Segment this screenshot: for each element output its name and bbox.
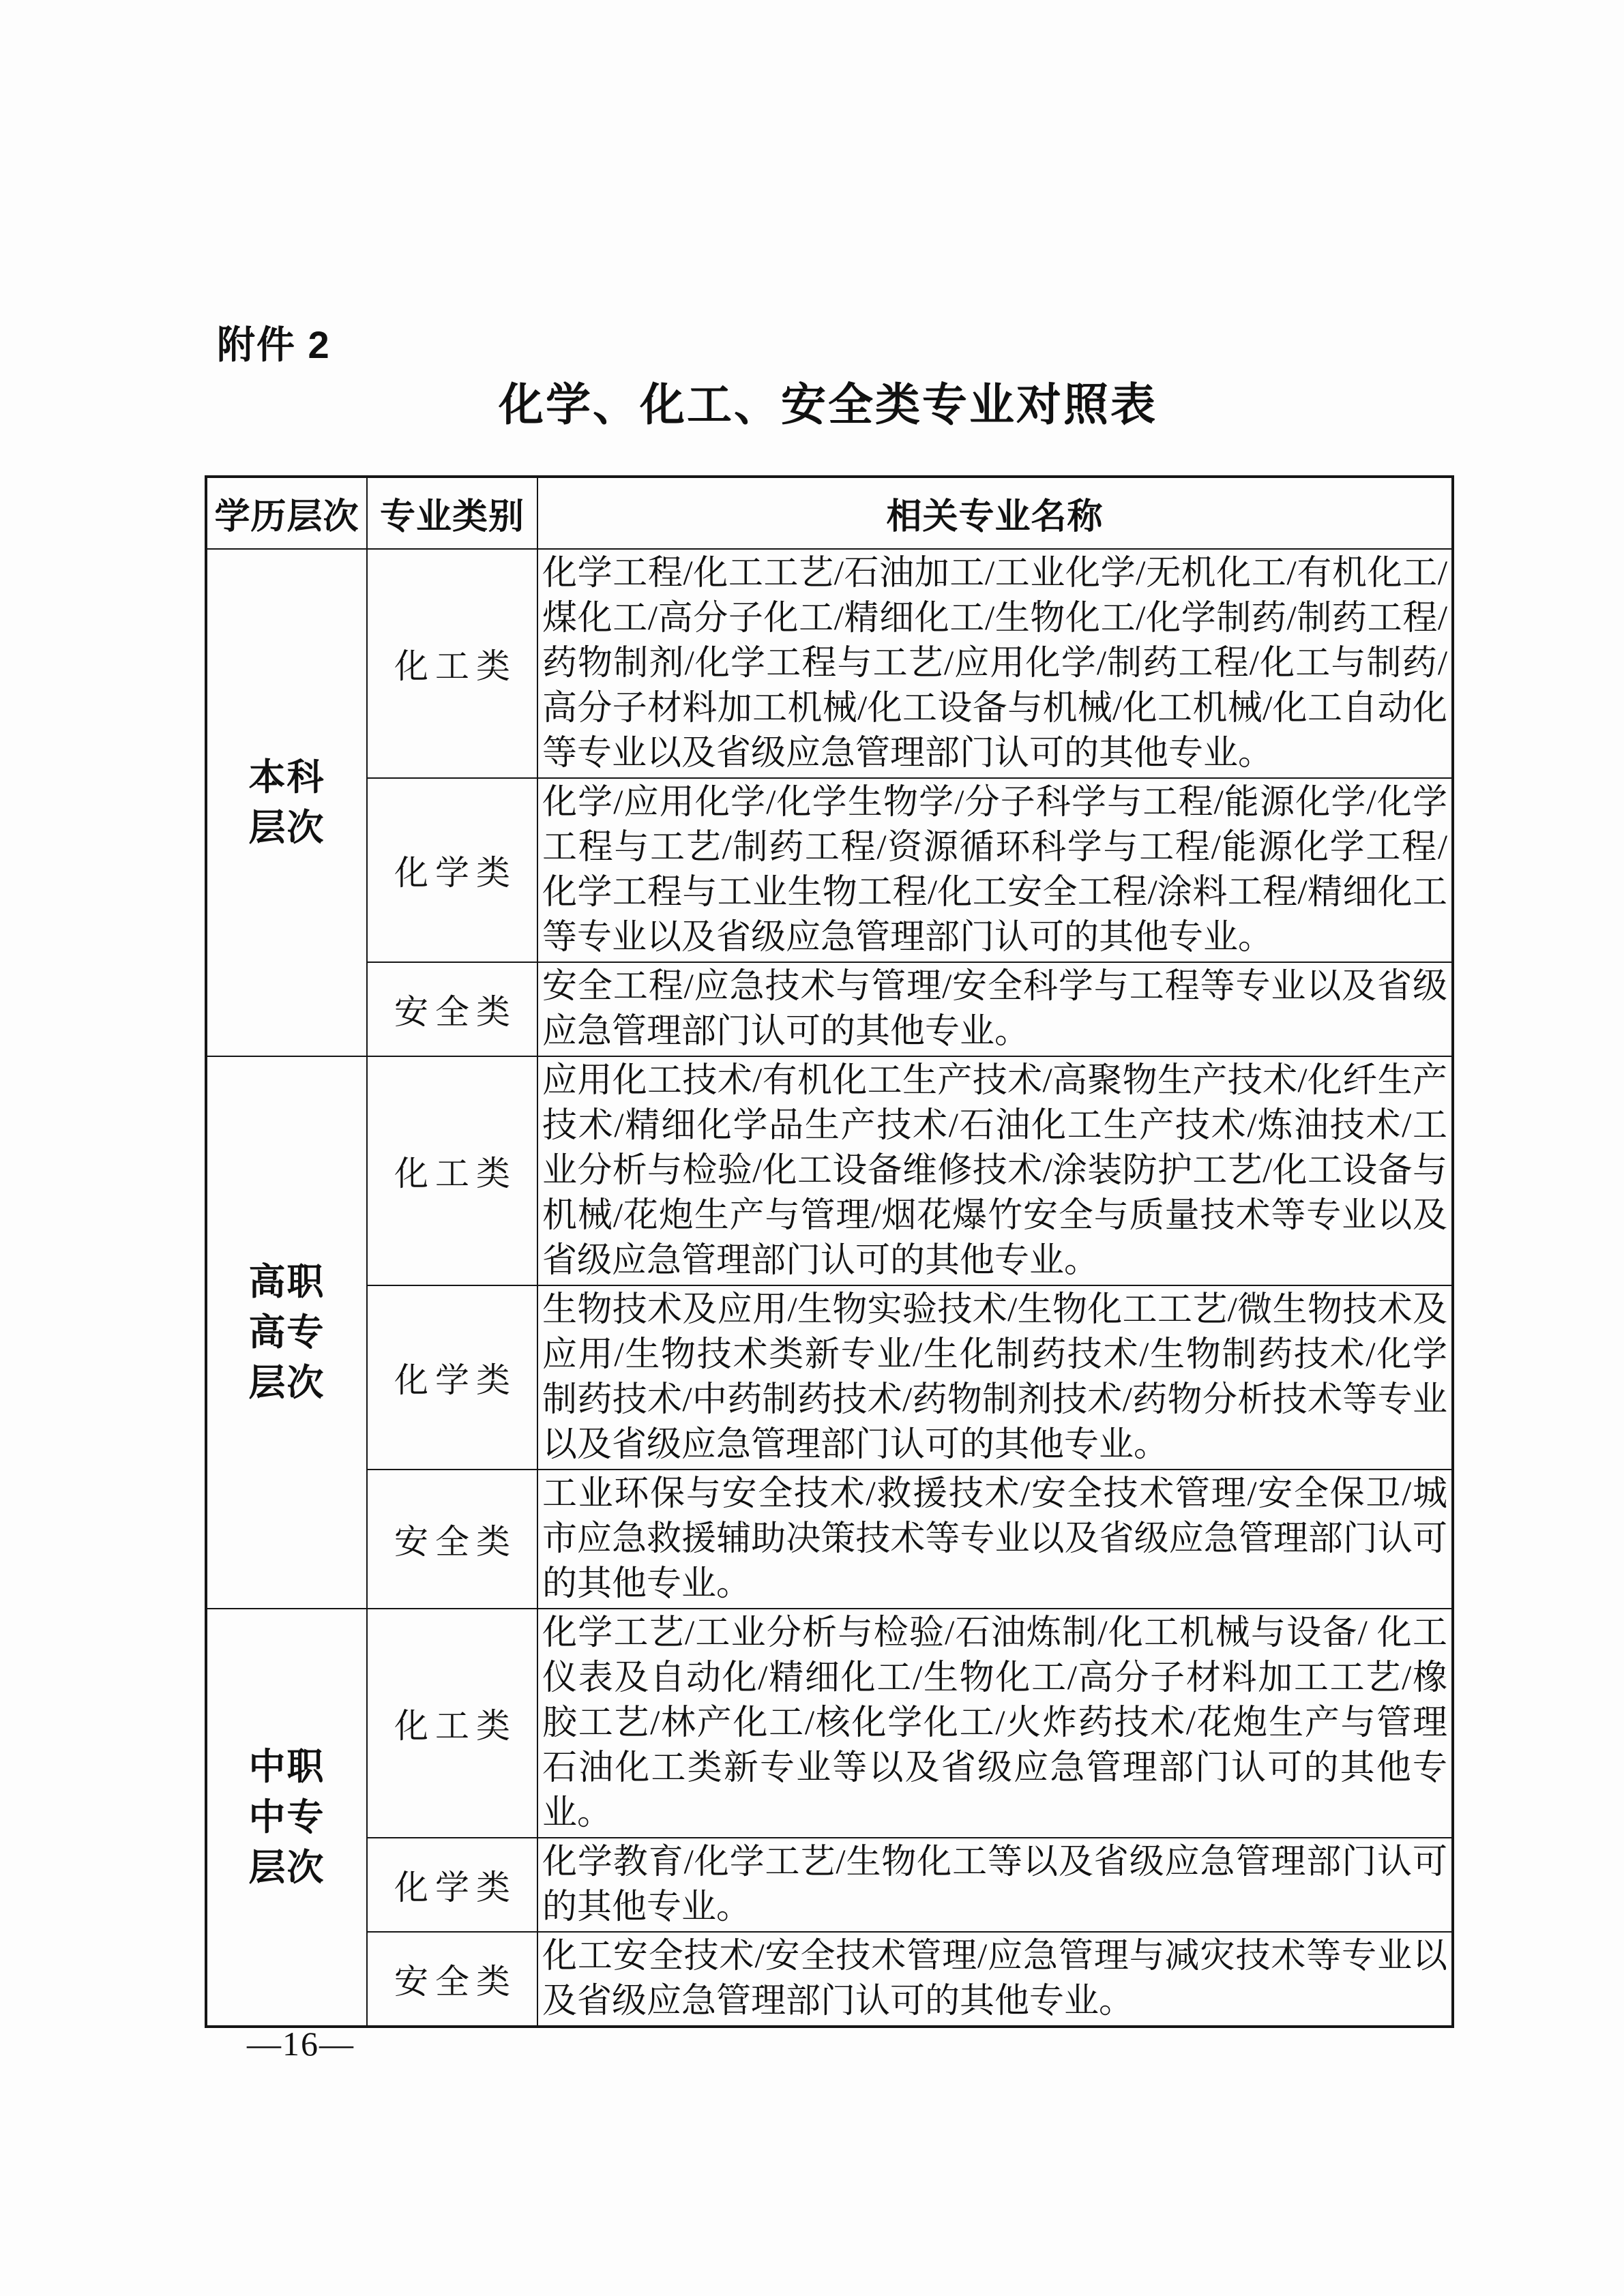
table-row: 化学类 化学/应用化学/化学生物学/分子科学与工程/能源化学/化学工程与工艺/制… xyxy=(206,778,1453,962)
majors-cell: 生物技术及应用/生物实验技术/生物化工工艺/微生物技术及应用/生物技术类新专业/… xyxy=(537,1285,1453,1470)
majors-cell: 安全工程/应急技术与管理/安全科学与工程等专业以及省级应急管理部门认可的其他专业… xyxy=(537,962,1453,1056)
table-row: 化学类 生物技术及应用/生物实验技术/生物化工工艺/微生物技术及应用/生物技术类… xyxy=(206,1285,1453,1470)
category-cell-chemical-engineering: 化工类 xyxy=(367,1056,537,1285)
header-cell-related-majors: 相关专业名称 xyxy=(537,477,1453,549)
level-cell-higher-vocational: 高职 高专 层次 xyxy=(206,1056,367,1609)
table-row: 安全类 化工安全技术/安全技术管理/应急管理与减灾技术等专业以及省级应急管理部门… xyxy=(206,1932,1453,2027)
category-cell-safety: 安全类 xyxy=(367,1932,537,2027)
level-cell-undergraduate: 本科 层次 xyxy=(206,549,367,1056)
majors-cell: 应用化工技术/有机化工生产技术/高聚物生产技术/化纤生产技术/精细化学品生产技术… xyxy=(537,1056,1453,1285)
page-number: —16— xyxy=(247,2024,355,2063)
table-header-row: 学历层次 专业类别 相关专业名称 xyxy=(206,477,1453,549)
category-cell-safety: 安全类 xyxy=(367,1470,537,1609)
majors-cell: 化学/应用化学/化学生物学/分子科学与工程/能源化学/化学工程与工艺/制药工程/… xyxy=(537,778,1453,962)
majors-cell: 化学工程/化工工艺/石油加工/工业化学/无机化工/有机化工/煤化工/高分子化工/… xyxy=(537,549,1453,778)
header-cell-education-level: 学历层次 xyxy=(206,477,367,549)
majors-cell: 工业环保与安全技术/救援技术/安全技术管理/安全保卫/城市应急救援辅助决策技术等… xyxy=(537,1470,1453,1609)
category-cell-safety: 安全类 xyxy=(367,962,537,1056)
level-cell-secondary-vocational: 中职 中专 层次 xyxy=(206,1609,367,2027)
majors-cell: 化工安全技术/安全技术管理/应急管理与减灾技术等专业以及省级应急管理部门认可的其… xyxy=(537,1932,1453,2027)
table-row: 安全类 安全工程/应急技术与管理/安全科学与工程等专业以及省级应急管理部门认可的… xyxy=(206,962,1453,1056)
category-cell-chemistry: 化学类 xyxy=(367,1838,537,1932)
attachment-label: 附件 2 xyxy=(217,315,331,370)
table-row: 安全类 工业环保与安全技术/救援技术/安全技术管理/安全保卫/城市应急救援辅助决… xyxy=(206,1470,1453,1609)
table-row: 本科 层次 化工类 化学工程/化工工艺/石油加工/工业化学/无机化工/有机化工/… xyxy=(206,549,1453,778)
category-cell-chemistry: 化学类 xyxy=(367,1285,537,1470)
table-row: 化学类 化学教育/化学工艺/生物化工等以及省级应急管理部门认可的其他专业。 xyxy=(206,1838,1453,1932)
category-cell-chemical-engineering: 化工类 xyxy=(367,1609,537,1838)
header-cell-major-category: 专业类别 xyxy=(367,477,537,549)
page-title: 化学、化工、安全类专业对照表 xyxy=(205,368,1451,433)
majors-cell: 化学教育/化学工艺/生物化工等以及省级应急管理部门认可的其他专业。 xyxy=(537,1838,1453,1932)
majors-table: 学历层次 专业类别 相关专业名称 本科 层次 化工类 化学工程/化工工艺/石油加… xyxy=(205,475,1454,2028)
table-row: 中职 中专 层次 化工类 化学工艺/工业分析与检验/石油炼制/化工机械与设备/ … xyxy=(206,1609,1453,1838)
category-cell-chemistry: 化学类 xyxy=(367,778,537,962)
majors-cell: 化学工艺/工业分析与检验/石油炼制/化工机械与设备/ 化工仪表及自动化/精细化工… xyxy=(537,1609,1453,1838)
table-row: 高职 高专 层次 化工类 应用化工技术/有机化工生产技术/高聚物生产技术/化纤生… xyxy=(206,1056,1453,1285)
category-cell-chemical-engineering: 化工类 xyxy=(367,549,537,778)
document-page: 附件 2 化学、化工、安全类专业对照表 学历层次 专业类别 相关专业名称 本科 … xyxy=(0,0,1624,2296)
